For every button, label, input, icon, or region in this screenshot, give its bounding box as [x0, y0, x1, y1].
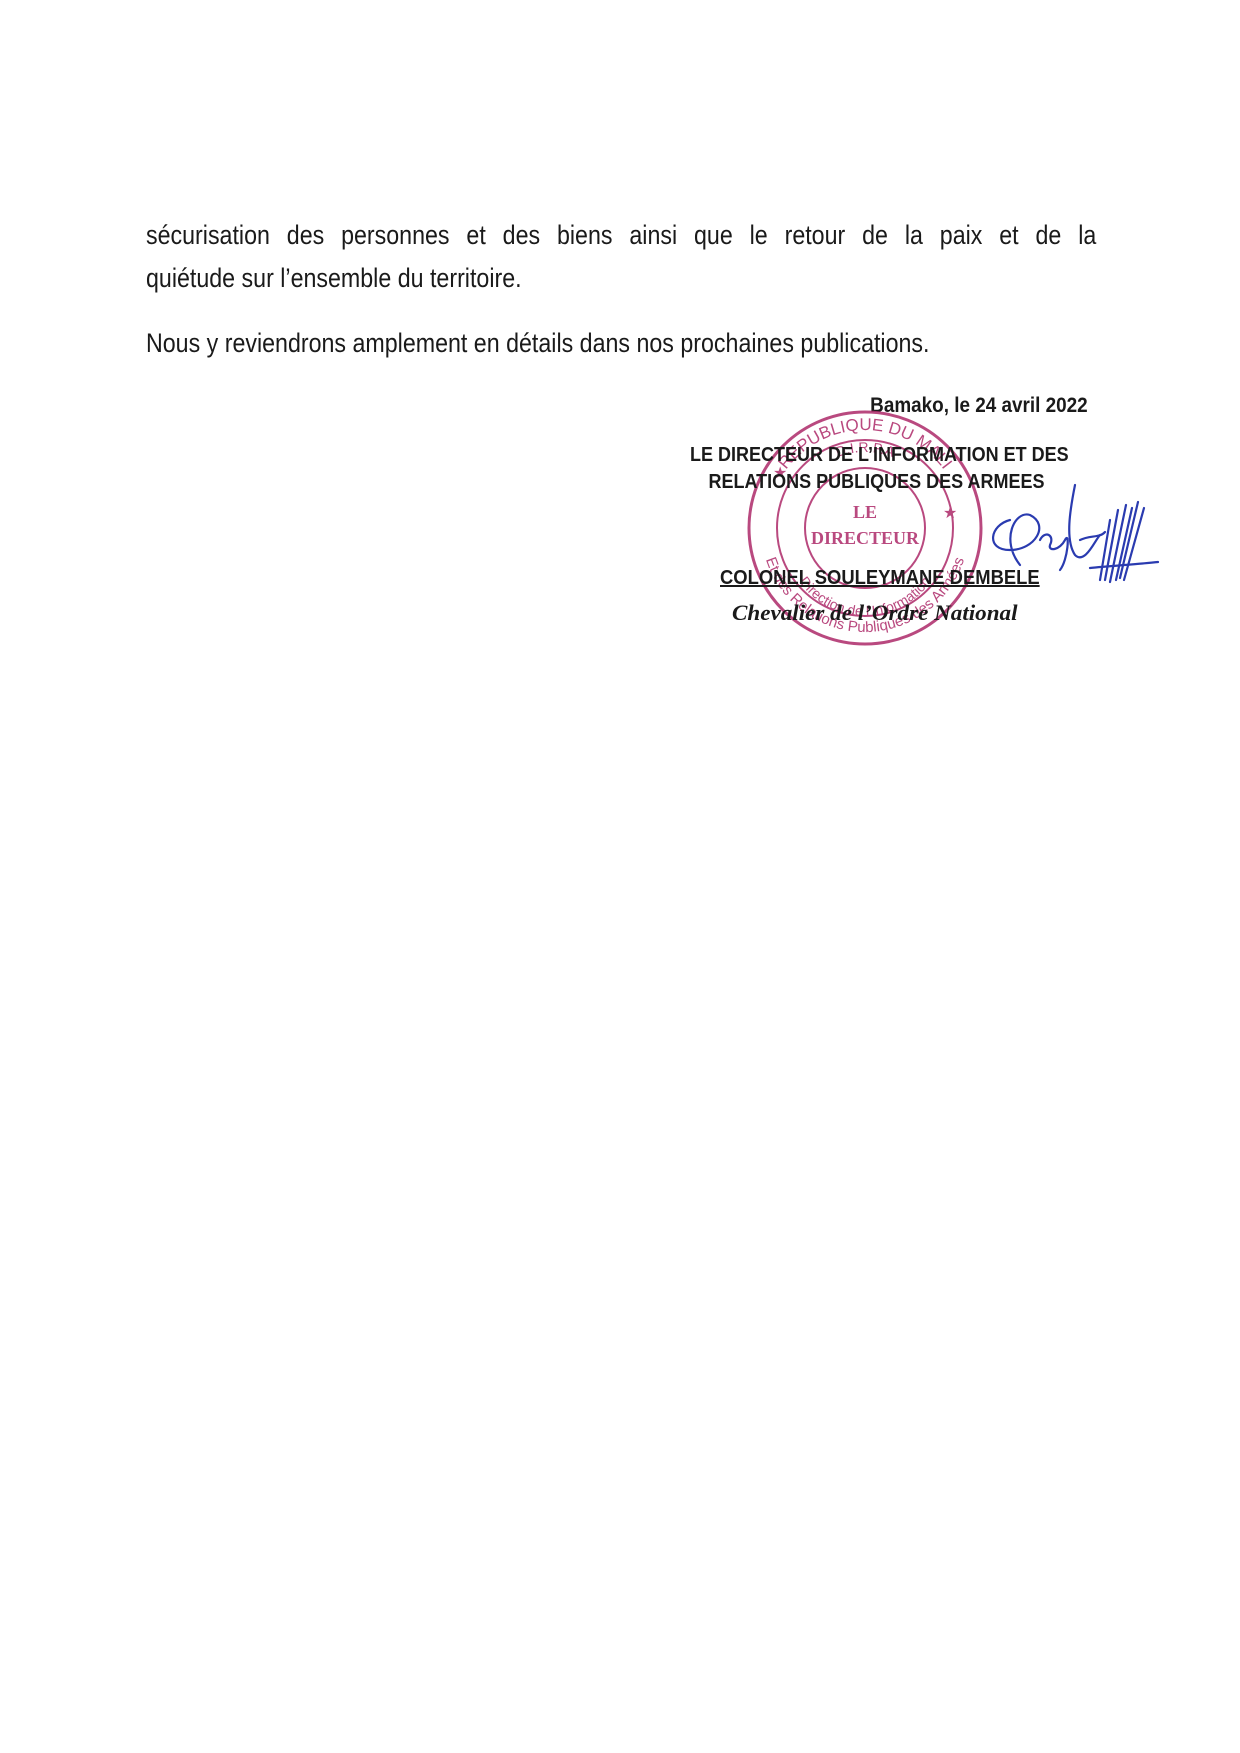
body-paragraph-2: Nous y reviendrons amplement en détails …: [146, 322, 1096, 365]
document-page: sécurisation des personnes et des biens …: [0, 0, 1240, 1753]
body-paragraph-1: sécurisation des personnes et des biens …: [146, 214, 1096, 300]
handwritten-signature-icon: [980, 480, 1160, 590]
signatory-honor: Chevalier de l’Ordre National: [732, 600, 1018, 626]
stamp-center-line-2: DIRECTEUR: [811, 528, 920, 548]
star-icon: ★: [943, 505, 957, 522]
signatory-title-line-1: LE DIRECTEUR DE L’INFORMATION ET DES: [690, 444, 1050, 467]
paragraph-line: quiétude sur l’ensemble du territoire.: [146, 257, 1096, 300]
paragraph-line: sécurisation des personnes et des biens …: [146, 214, 1096, 257]
stamp-center-line-1: LE: [853, 502, 877, 522]
